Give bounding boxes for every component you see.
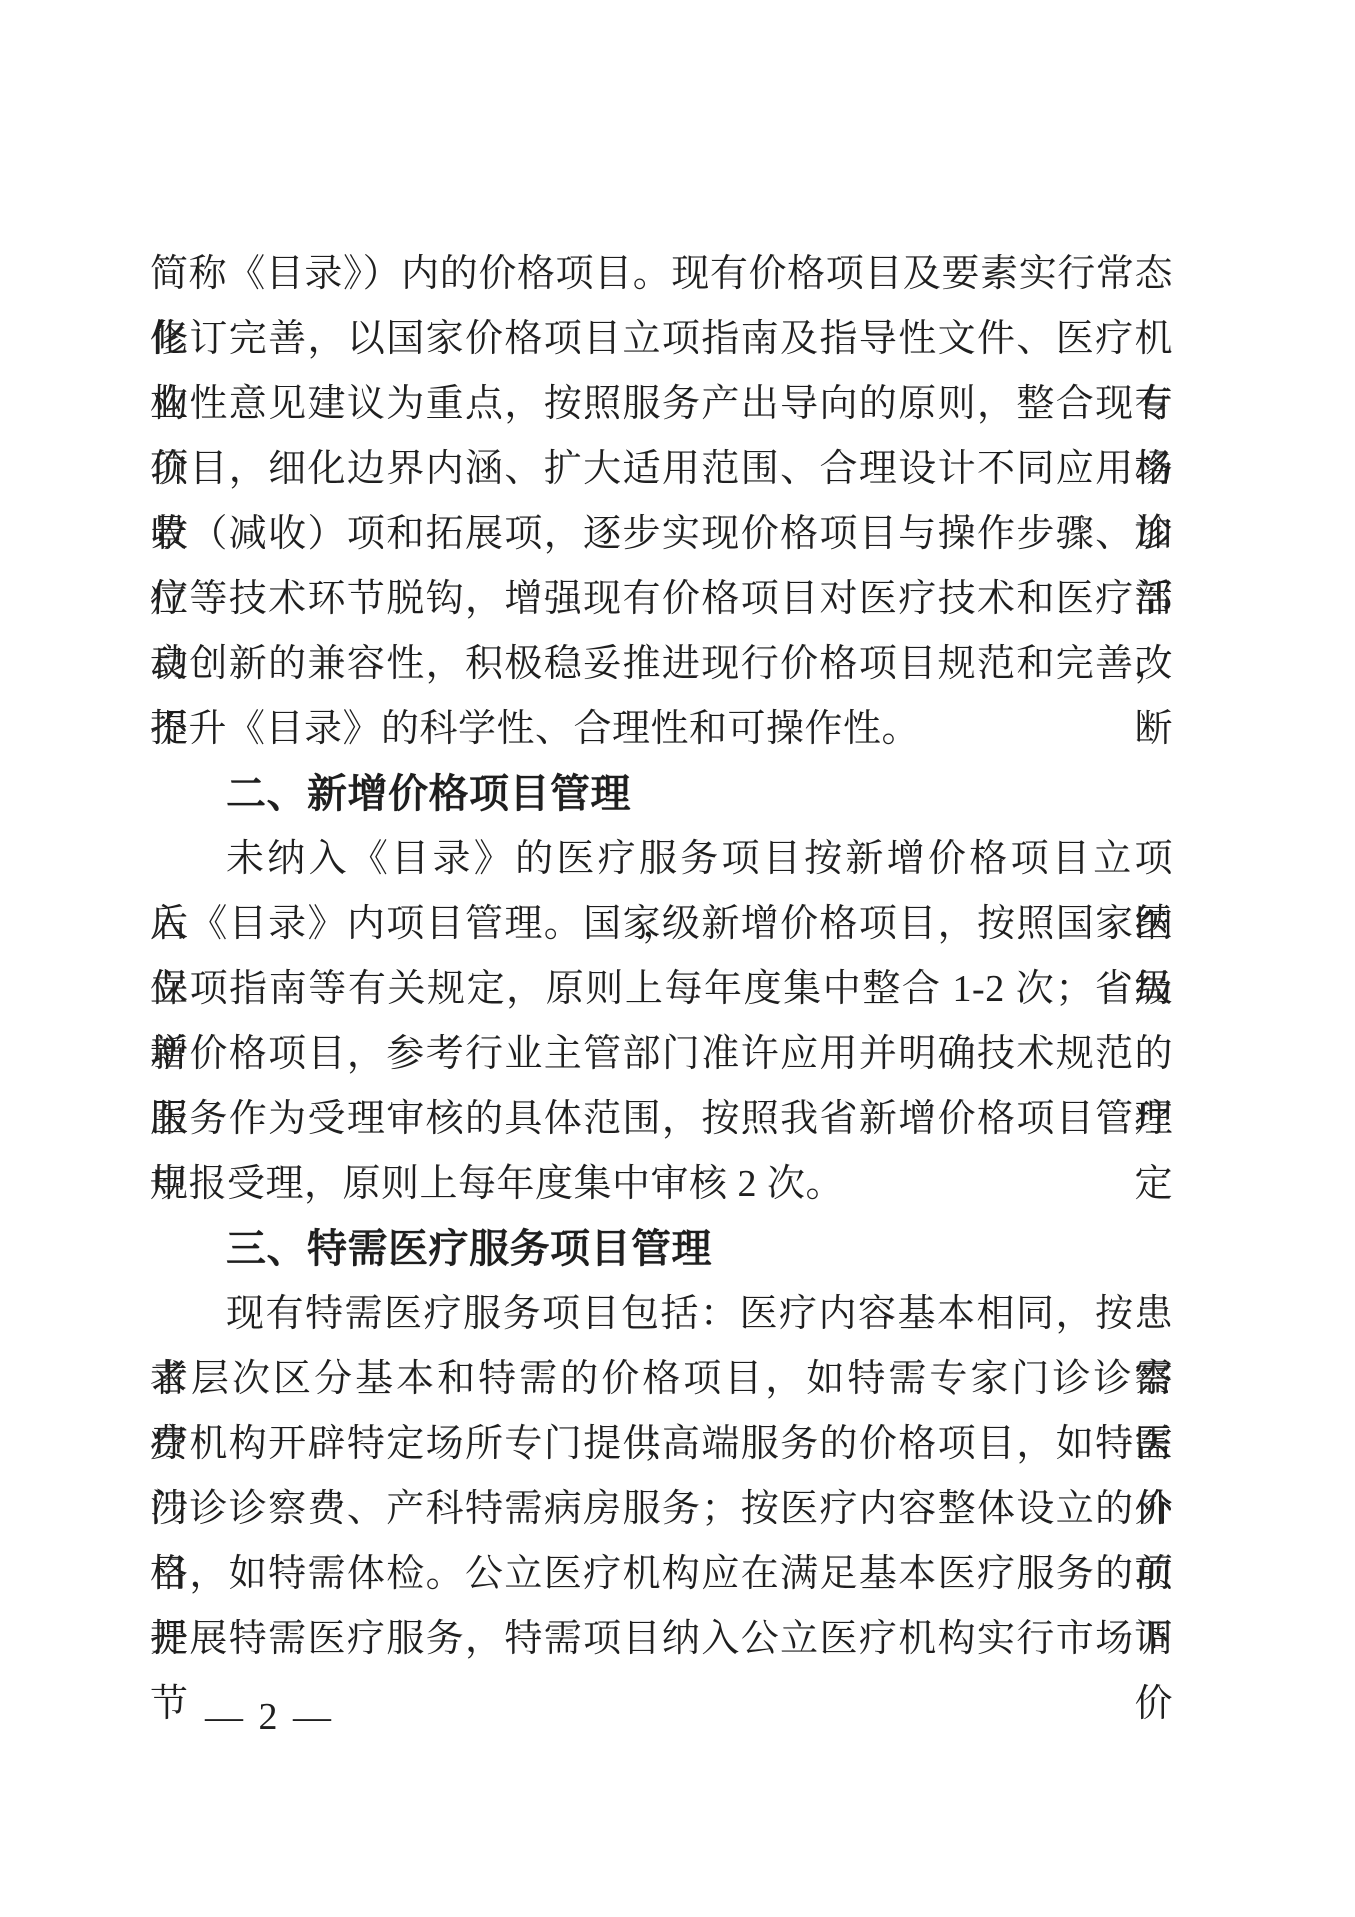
para3-line-2: 求层次区分基本和特需的价格项目，如特需专家门诊诊察费；医 — [150, 1347, 1173, 1412]
para1-line-2: 修订完善，以国家价格项目立项指南及指导性文件、医疗机构专 — [150, 307, 1173, 372]
para1-line-6: 位等技术环节脱钩，增强现有价格项目对医疗技术和医疗活动改 — [150, 567, 1173, 632]
para1-line-3: 业性意见建议为重点，按照服务产出导向的原则，整合现有价格 — [150, 372, 1173, 437]
para1-line-1: 简称《目录》）内的价格项目。现有价格项目及要素实行常态化 — [150, 242, 1173, 307]
document-page: 简称《目录》）内的价格项目。现有价格项目及要素实行常态化 修订完善，以国家价格项… — [0, 0, 1355, 1917]
para3-line-4: 门诊诊察费、产科特需病房服务；按医疗内容整体设立的价格项 — [150, 1477, 1173, 1542]
page-number: — 2 — — [205, 1685, 334, 1750]
document-body: 简称《目录》）内的价格项目。现有价格项目及要素实行常态化 修订完善，以国家价格项… — [150, 242, 1173, 1672]
para1-line-4: 项目，细化边界内涵、扩大适用范围、合理设计不同应用场景加 — [150, 437, 1173, 502]
para2-line-2: 入《目录》内项目管理。国家级新增价格项目，按照国家医保局 — [150, 892, 1173, 957]
para2-line-5: 服务作为受理审核的具体范围，按照我省新增价格项目管理规定 — [150, 1087, 1173, 1152]
para1-line-5: 收（减收）项和拓展项，逐步实现价格项目与操作步骤、诊疗部 — [150, 502, 1173, 567]
para1-line-7: 良创新的兼容性，积极稳妥推进现行价格项目规范和完善，不断 — [150, 632, 1173, 697]
para3-line-6: 开展特需医疗服务，特需项目纳入公立医疗机构实行市场调节价 — [150, 1607, 1173, 1672]
para3-line-3: 疗机构开辟特定场所专门提供高端服务的价格项目，如特需涉外 — [150, 1412, 1173, 1477]
para3-line-5: 目，如特需体检。公立医疗机构应在满足基本医疗服务的前提下 — [150, 1542, 1173, 1607]
section-heading-3: 三、特需医疗服务项目管理 — [150, 1217, 1173, 1282]
para2-line-1: 未纳入《目录》的医疗服务项目按新增价格项目立项后，纳 — [150, 827, 1173, 892]
para2-line-4: 增价格项目，参考行业主管部门准许应用并明确技术规范的医疗 — [150, 1022, 1173, 1087]
para3-line-1: 现有特需医疗服务项目包括：医疗内容基本相同，按患者需 — [150, 1282, 1173, 1347]
section-heading-2: 二、新增价格项目管理 — [150, 762, 1173, 827]
para2-line-3: 立项指南等有关规定，原则上每年度集中整合 1-2 次；省级新 — [150, 957, 1173, 1022]
